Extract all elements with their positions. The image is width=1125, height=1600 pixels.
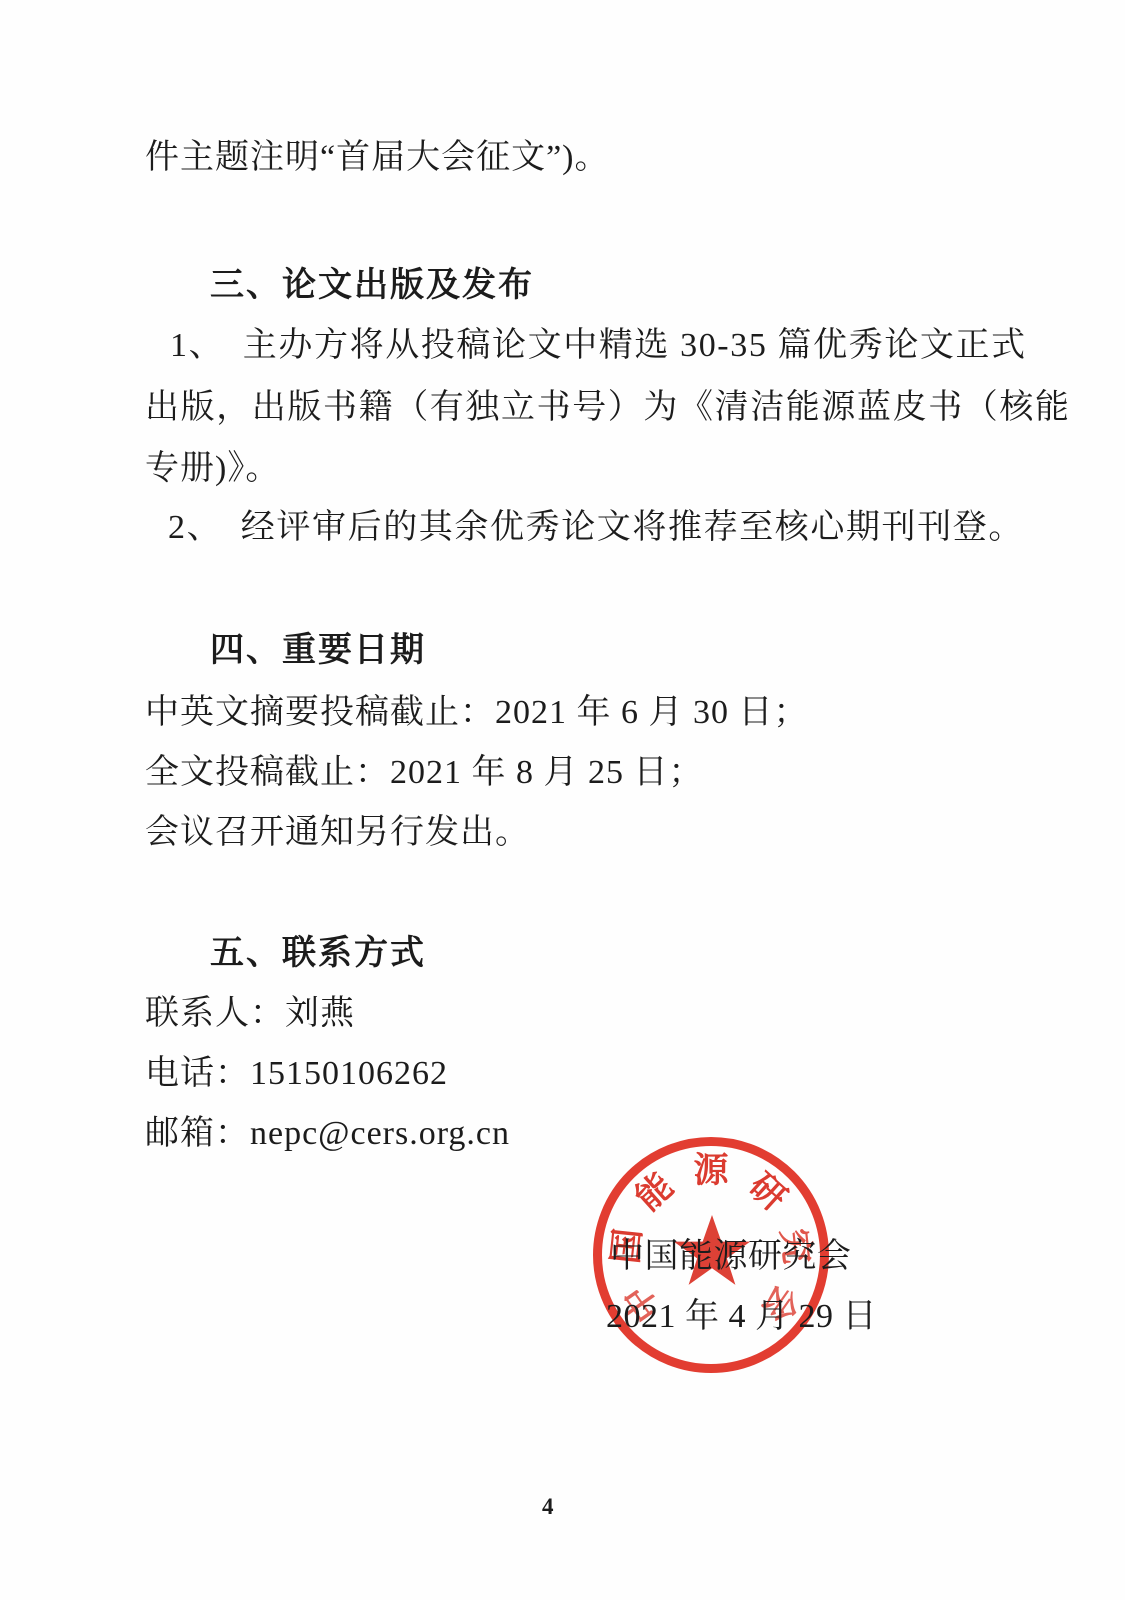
section-3-item-2: 2、 经评审后的其余优秀论文将推荐至核心期刊刊登。 bbox=[168, 508, 1024, 548]
signature-organization: 中国能源研究会 bbox=[610, 1237, 852, 1277]
abstract-deadline-line: 中英文摘要投稿截止：2021 年 6 月 30 日； bbox=[145, 693, 809, 733]
contact-person-line: 联系人：刘燕 bbox=[145, 994, 355, 1034]
section-4-heading: 四、重要日期 bbox=[210, 631, 426, 671]
section-3-heading: 三、论文出版及发布 bbox=[210, 266, 534, 306]
signature-date: 2021 年 4 月 29 日 bbox=[606, 1297, 877, 1337]
contact-phone-line: 电话：15150106262 bbox=[145, 1054, 448, 1094]
document-page: 件主题注明“首届大会征文”)。 三、论文出版及发布 1、 主办方将从投稿论文中精… bbox=[0, 0, 1125, 1600]
section-3-item-1-line-1: 1、 主办方将从投稿论文中精选 30-35 篇优秀论文正式 bbox=[170, 326, 1027, 366]
seal-arc-char: 源 bbox=[691, 1151, 731, 1191]
contact-email-line: 邮箱：nepc@cers.org.cn bbox=[145, 1114, 510, 1154]
section-5-heading: 五、联系方式 bbox=[210, 934, 426, 974]
section-3-item-1-line-3: 专册)》。 bbox=[145, 449, 280, 489]
section-3-item-1-line-2: 出版，出版书籍（有独立书号）为《清洁能源蓝皮书（核能 bbox=[145, 388, 1071, 428]
meeting-notice-line: 会议召开通知另行发出。 bbox=[145, 813, 530, 853]
paragraph-continuation-line: 件主题注明“首届大会征文”)。 bbox=[145, 138, 610, 178]
page-number: 4 bbox=[542, 1487, 554, 1527]
fullpaper-deadline-line: 全文投稿截止：2021 年 8 月 25 日； bbox=[145, 753, 704, 793]
